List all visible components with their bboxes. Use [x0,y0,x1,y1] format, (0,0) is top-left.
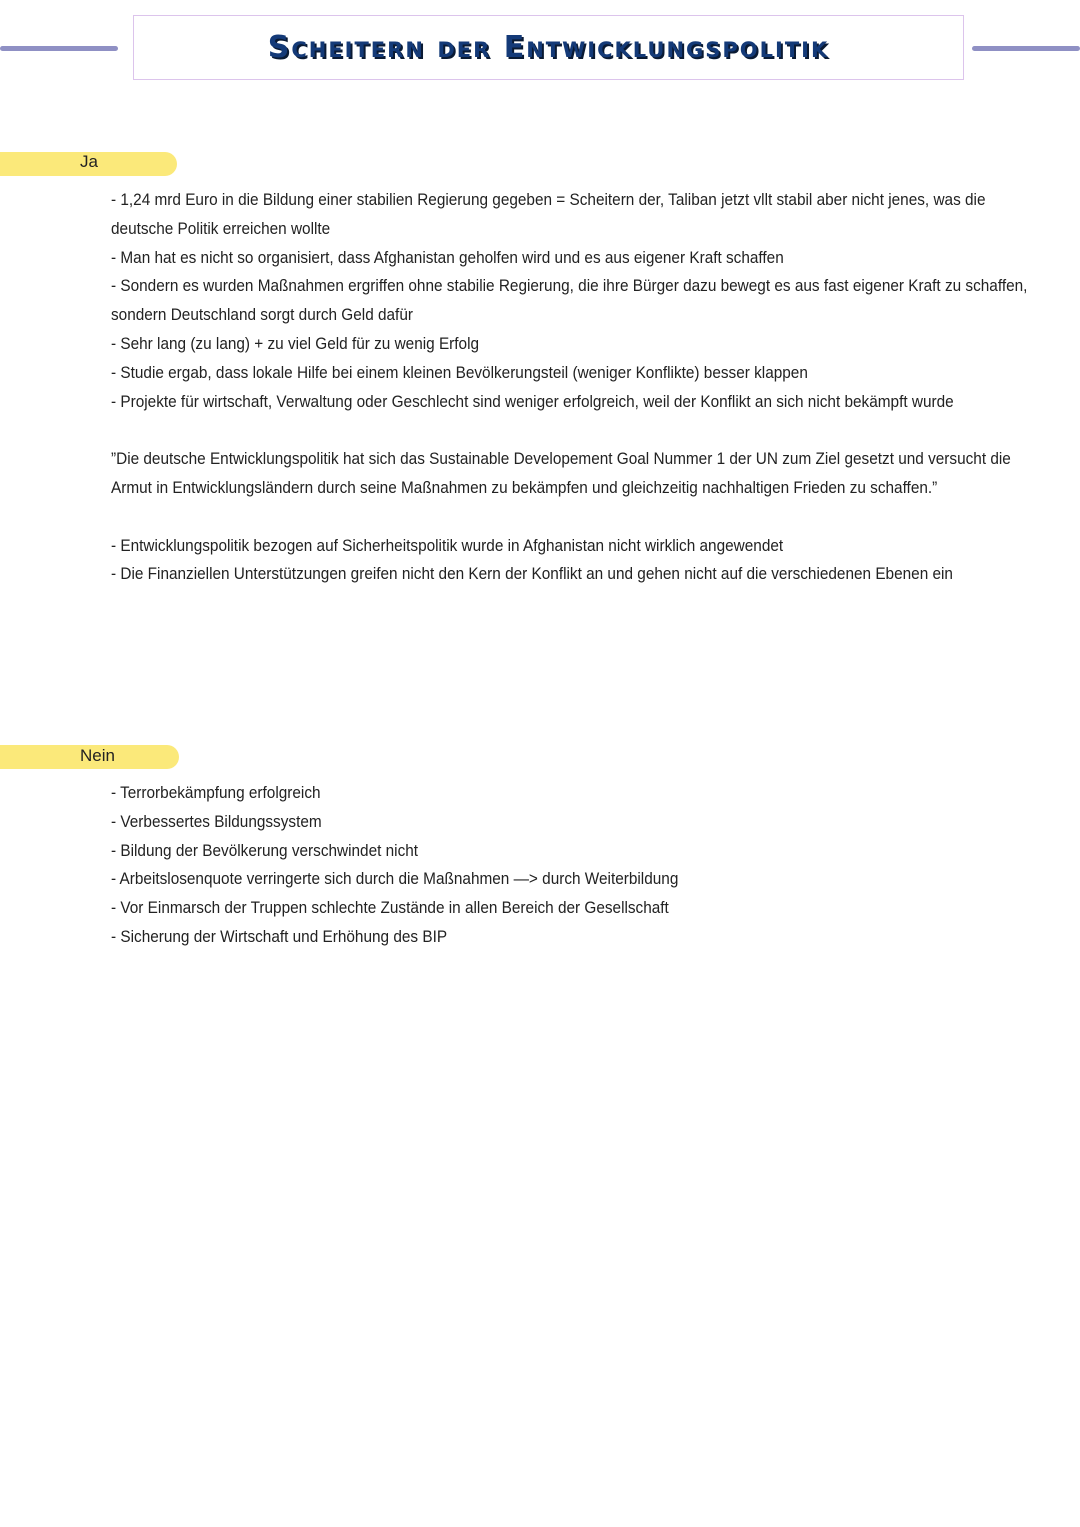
nein-point: - Terrorbekämpfung erfolgreich [111,779,967,808]
nein-point: - Verbessertes Bildungssystem [111,808,967,837]
nein-point: - Bildung der Bevölkerung verschwindet n… [111,837,967,866]
nein-point: - Vor Einmarsch der Truppen schlechte Zu… [111,894,967,923]
nein-section-label: Nein [80,746,115,766]
header-rule-left [0,46,118,51]
ja-point: - Sehr lang (zu lang) + zu viel Geld für… [111,330,1032,359]
ja-point: - Studie ergab, dass lokale Hilfe bei ei… [111,359,1032,388]
ja-point: - 1,24 mrd Euro in die Bildung einer sta… [111,186,1032,244]
spacer [111,416,1032,445]
nein-point: - Arbeitslosenquote verringerte sich dur… [111,865,967,894]
spacer [111,503,1032,532]
ja-section-content: - 1,24 mrd Euro in die Bildung einer sta… [111,186,1032,589]
header-rule-right [972,46,1080,51]
ja-section-label: Ja [80,152,98,172]
ja-point: - Man hat es nicht so organisiert, dass … [111,244,1032,273]
ja-point: - Die Finanziellen Unterstützungen greif… [111,560,1032,589]
ja-point: - Entwicklungspolitik bezogen auf Sicher… [111,532,1032,561]
nein-point: - Sicherung der Wirtschaft und Erhöhung … [111,923,967,952]
ja-point: - Sondern es wurden Maßnahmen ergriffen … [111,272,1032,330]
ja-quote: ”Die deutsche Entwicklungspolitik hat si… [111,445,1032,503]
page-title: Scheitern der Entwicklungspolitik [268,30,830,65]
ja-point: - Projekte für wirtschaft, Verwaltung od… [111,388,1032,417]
nein-section-content: - Terrorbekämpfung erfolgreich - Verbess… [111,779,967,952]
title-box: Scheitern der Entwicklungspolitik [133,15,964,80]
